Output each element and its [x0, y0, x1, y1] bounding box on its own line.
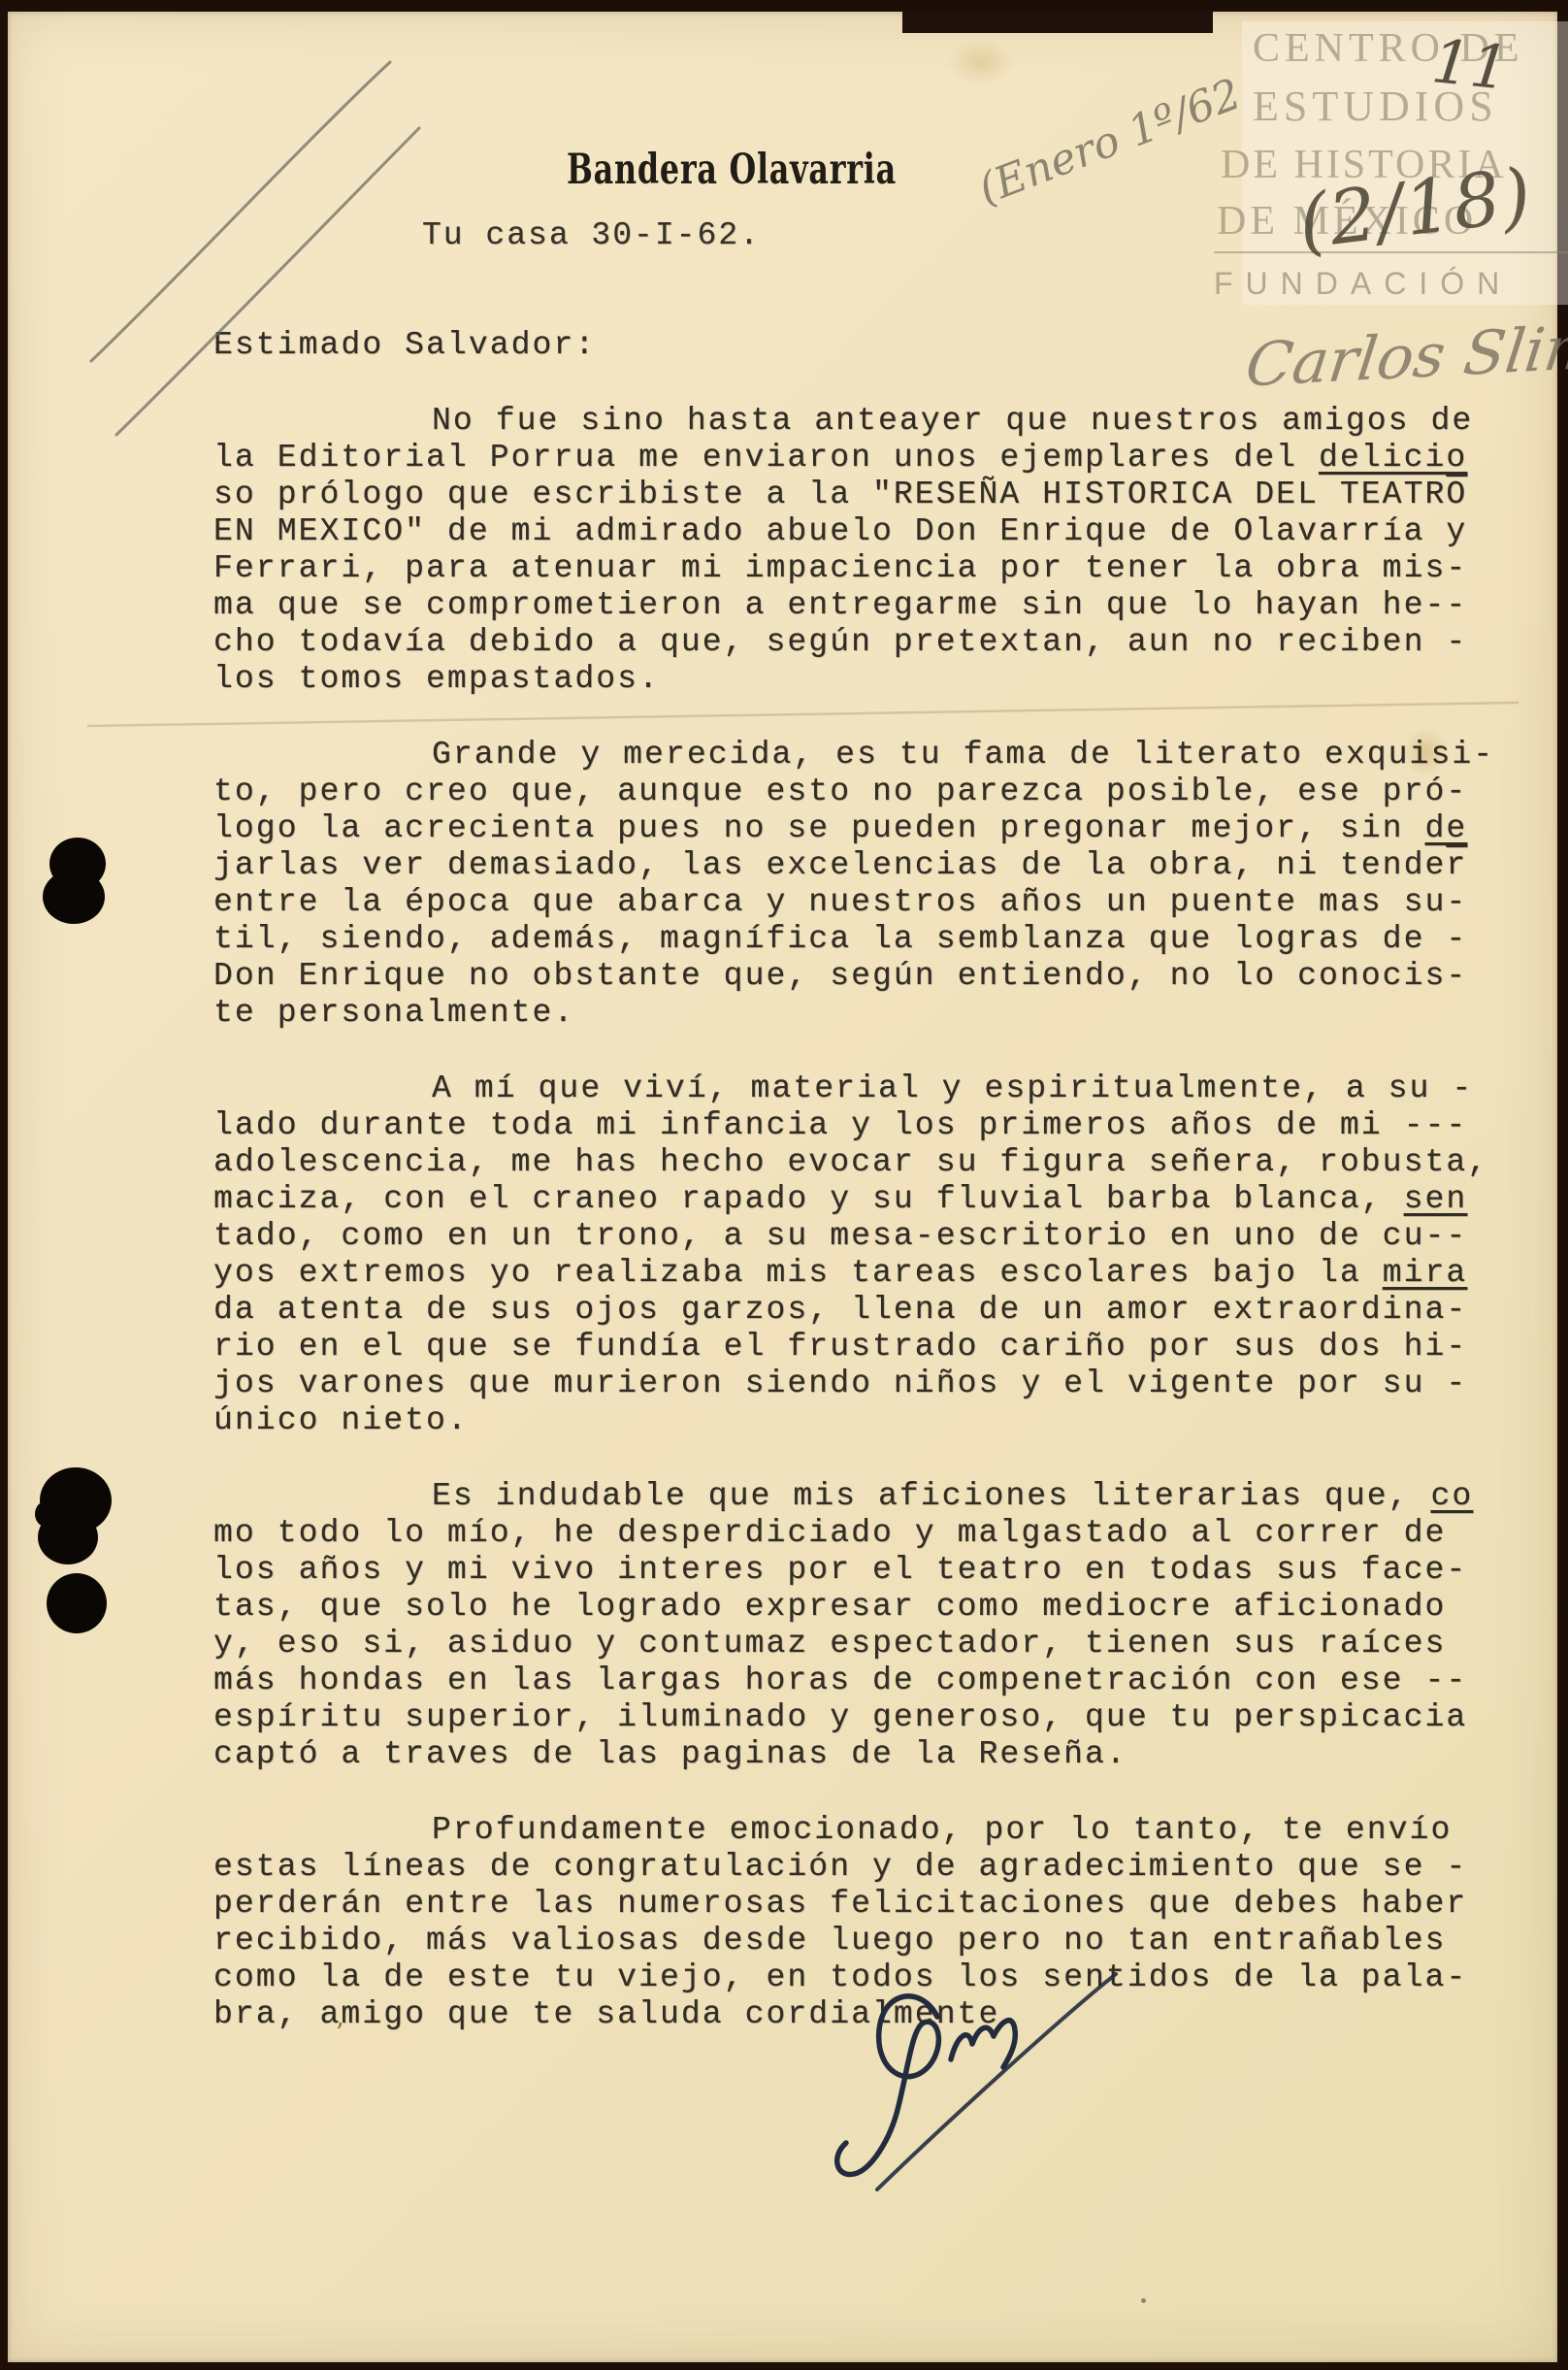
- text-line: cho todavía debido a que, según pretexta…: [213, 624, 1533, 661]
- underlined-text: de: [1424, 810, 1467, 846]
- text-line: ma que se comprometieron a entregarme si…: [213, 587, 1533, 624]
- text-segment: yos extremos yo realizaba mis tareas esc…: [213, 1255, 1383, 1291]
- text-segment: entre la época que abarca y nuestros año…: [213, 884, 1467, 920]
- text-segment: da atenta de sus ojos garzos, llena de u…: [213, 1292, 1467, 1328]
- text-line: más hondas en las largas horas de compen…: [213, 1662, 1533, 1699]
- text-segment: A mí que viví, material y espiritualment…: [432, 1070, 1473, 1106]
- text-segment: tas, que solo he logrado expresar como m…: [213, 1589, 1446, 1625]
- text-segment: mo todo lo mío, he desperdiciado y malga…: [213, 1515, 1446, 1551]
- date-line: Tu casa 30-I-62.: [422, 217, 761, 253]
- text-segment: lado durante toda mi infancia y los prim…: [213, 1107, 1467, 1143]
- text-segment: adolescencia, me has hecho evocar su fig…: [213, 1144, 1488, 1180]
- text-line: maciza, con el craneo rapado y su fluvia…: [213, 1181, 1533, 1218]
- text-segment: recibido, más valiosas desde luego pero …: [213, 1923, 1446, 1959]
- text-line: til, siendo, además, magnífica la sembla…: [213, 921, 1533, 958]
- text-segment: estas líneas de congratulación y de agra…: [213, 1849, 1467, 1885]
- text-line: Don Enrique no obstante que, según entie…: [213, 958, 1533, 995]
- text-segment: logo la acrecienta pues no se pueden pre…: [213, 810, 1424, 846]
- text-line: da atenta de sus ojos garzos, llena de u…: [213, 1292, 1533, 1329]
- text-segment: la Editorial Porrua me enviaron unos eje…: [213, 440, 1319, 476]
- text-segment: maciza, con el craneo rapado y su fluvia…: [213, 1181, 1404, 1217]
- text-segment: captó a traves de las paginas de la Rese…: [213, 1736, 1127, 1772]
- paper-top-edge-shadow: [902, 12, 1213, 33]
- paragraph: Profundamente emocionado, por lo tanto, …: [213, 1812, 1533, 2033]
- text-segment: Ferrari, para atenuar mi impaciencia por…: [213, 550, 1467, 586]
- text-line: adolescencia, me has hecho evocar su fig…: [213, 1144, 1533, 1181]
- text-segment: to, pero creo que, aunque esto no parezc…: [213, 774, 1467, 809]
- pencil-page-number: 11: [1428, 25, 1512, 104]
- text-segment: único nieto.: [213, 1402, 469, 1438]
- text-line: A mí que viví, material y espiritualment…: [213, 1070, 1533, 1107]
- text-segment: Don Enrique no obstante que, según entie…: [213, 958, 1467, 994]
- letter-paper: CENTRO DE ESTUDIOS DE HISTORIA DE MÉXICO…: [8, 12, 1557, 2362]
- text-segment: Grande y merecida, es tu fama de literat…: [432, 737, 1494, 773]
- text-line: No fue sino hasta anteayer que nuestros …: [213, 403, 1533, 440]
- text-segment: Es indudable que mis aficiones literaria…: [432, 1478, 1430, 1514]
- text-segment: cho todavía debido a que, según pretexta…: [213, 624, 1467, 660]
- text-line: jos varones que murieron siendo niños y …: [213, 1366, 1533, 1402]
- text-line: lado durante toda mi infancia y los prim…: [213, 1107, 1533, 1144]
- letter-body: Estimado Salvador: No fue sino hasta ant…: [213, 327, 1533, 2033]
- paragraph: Grande y merecida, es tu fama de literat…: [213, 737, 1533, 1032]
- text-segment: más hondas en las largas horas de compen…: [213, 1662, 1467, 1698]
- text-segment: como la de este tu viejo, en todos los s…: [213, 1959, 1467, 1995]
- text-line: tado, como en un trono, a su mesa-escrit…: [213, 1218, 1533, 1255]
- text-line: estas líneas de congratulación y de agra…: [213, 1849, 1533, 1886]
- text-segment: ma que se comprometieron a entregarme si…: [213, 587, 1467, 623]
- text-line: so prólogo que escribiste a la "RESEÑA H…: [213, 477, 1533, 513]
- text-line: recibido, más valiosas desde luego pero …: [213, 1923, 1533, 1959]
- text-line: logo la acrecienta pues no se pueden pre…: [213, 810, 1533, 847]
- text-line: EN MEXICO" de mi admirado abuelo Don Enr…: [213, 513, 1533, 550]
- text-segment: Profundamente emocionado, por lo tanto, …: [432, 1812, 1452, 1848]
- text-line: como la de este tu viejo, en todos los s…: [213, 1959, 1533, 1996]
- underlined-text: delicio: [1319, 440, 1467, 476]
- paragraph: No fue sino hasta anteayer que nuestros …: [213, 403, 1533, 698]
- text-line: la Editorial Porrua me enviaron unos eje…: [213, 440, 1533, 477]
- text-segment: espíritu superior, iluminado y generoso,…: [213, 1699, 1467, 1735]
- text-line: Es indudable que mis aficiones literaria…: [213, 1478, 1533, 1515]
- text-segment: perderán entre las numerosas felicitacio…: [213, 1886, 1467, 1922]
- paper-stain: [947, 39, 1015, 85]
- text-segment: so prólogo que escribiste a la "RESEÑA H…: [213, 477, 1446, 512]
- text-line: bra, amigo que te saluda cordialmente.: [213, 1996, 1533, 2033]
- text-line: tas, que solo he logrado expresar como m…: [213, 1589, 1533, 1626]
- text-line: los años y mi vivo interes por el teatro…: [213, 1552, 1533, 1589]
- pencil-date-annotation: (Enero 1º/62: [972, 69, 1248, 214]
- text-line: y, eso si, asiduo y contumaz espectador,…: [213, 1626, 1533, 1662]
- text-segment: EN MEXICO" de mi admirado abuelo Don Enr…: [213, 513, 1467, 549]
- text-segment: tado, como en un trono, a su mesa-escrit…: [213, 1218, 1467, 1254]
- text-line: Ferrari, para atenuar mi impaciencia por…: [213, 550, 1533, 587]
- text-segment: y, eso si, asiduo y contumaz espectador,…: [213, 1626, 1446, 1662]
- overlined-text: O: [1446, 477, 1467, 512]
- text-line: rio en el que se fundía el frustrado car…: [213, 1329, 1533, 1366]
- text-segment: los años y mi vivo interes por el teatro…: [213, 1552, 1467, 1588]
- text-line: mo todo lo mío, he desperdiciado y malga…: [213, 1515, 1533, 1552]
- overlined-text: r: [1446, 847, 1467, 883]
- paper-speck: [1141, 2298, 1146, 2303]
- text-segment: til, siendo, además, magnífica la sembla…: [213, 921, 1467, 957]
- text-line: único nieto.: [213, 1402, 1533, 1439]
- text-line: to, pero creo que, aunque esto no parezc…: [213, 774, 1533, 810]
- text-segment: los tomos empastados.: [213, 661, 660, 697]
- underlined-text: sen: [1404, 1181, 1468, 1217]
- watermark-foundation: FUNDACIÓN: [1214, 266, 1512, 302]
- text-segment: No fue sino hasta anteayer que nuestros …: [432, 403, 1473, 439]
- text-line: te personalmente.: [213, 995, 1533, 1032]
- text-line: los tomos empastados.: [213, 661, 1533, 698]
- text-line: Grande y merecida, es tu fama de literat…: [213, 737, 1533, 774]
- scanned-letter-page: CENTRO DE ESTUDIOS DE HISTORIA DE MÉXICO…: [0, 0, 1568, 2370]
- text-segment: jarlas ver demasiado, las excelencias de…: [213, 847, 1446, 883]
- text-segment: bra, amigo que te saluda cordialmente.: [213, 1996, 1021, 2032]
- paragraph: A mí que viví, material y espiritualment…: [213, 1070, 1533, 1439]
- text-line: Profundamente emocionado, por lo tanto, …: [213, 1812, 1533, 1849]
- text-segment: rio en el que se fundía el frustrado car…: [213, 1329, 1467, 1365]
- underlined-text: co: [1430, 1478, 1473, 1514]
- salutation: Estimado Salvador:: [213, 327, 1533, 364]
- underlined-text: mira: [1383, 1255, 1468, 1291]
- text-line: jarlas ver demasiado, las excelencias de…: [213, 847, 1533, 884]
- text-line: captó a traves de las paginas de la Rese…: [213, 1736, 1533, 1773]
- text-line: entre la época que abarca y nuestros año…: [213, 884, 1533, 921]
- text-line: perderán entre las numerosas felicitacio…: [213, 1886, 1533, 1923]
- text-line: yos extremos yo realizaba mis tareas esc…: [213, 1255, 1533, 1292]
- paragraph: Es indudable que mis aficiones literaria…: [213, 1478, 1533, 1773]
- text-line: espíritu superior, iluminado y generoso,…: [213, 1699, 1533, 1736]
- text-segment: te personalmente.: [213, 995, 574, 1031]
- text-segment: jos varones que murieron siendo niños y …: [213, 1366, 1467, 1401]
- letterhead: Bandera Olavarria: [567, 146, 803, 194]
